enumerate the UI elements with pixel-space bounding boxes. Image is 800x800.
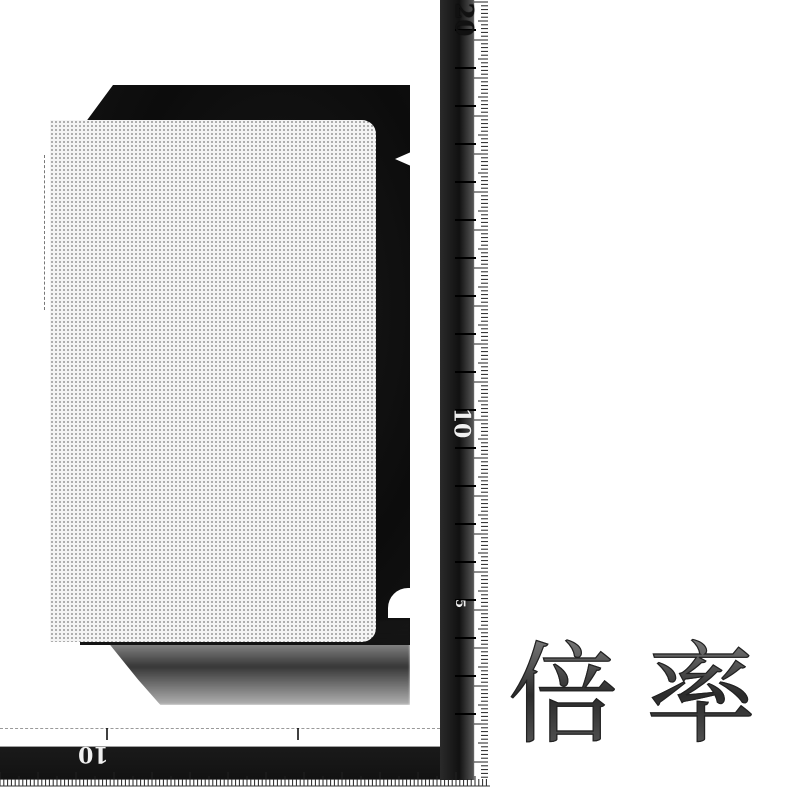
ruler-label-20: 20 bbox=[450, 3, 479, 36]
ruler-label-10: 10 bbox=[448, 408, 474, 439]
caption-magnification: 倍率 bbox=[508, 640, 784, 750]
ruler-label-h-10: 10 bbox=[78, 741, 109, 767]
photo-scene: 20 10 5 10 倍率 bbox=[0, 0, 800, 800]
ruler-label-5: 5 bbox=[452, 599, 467, 608]
